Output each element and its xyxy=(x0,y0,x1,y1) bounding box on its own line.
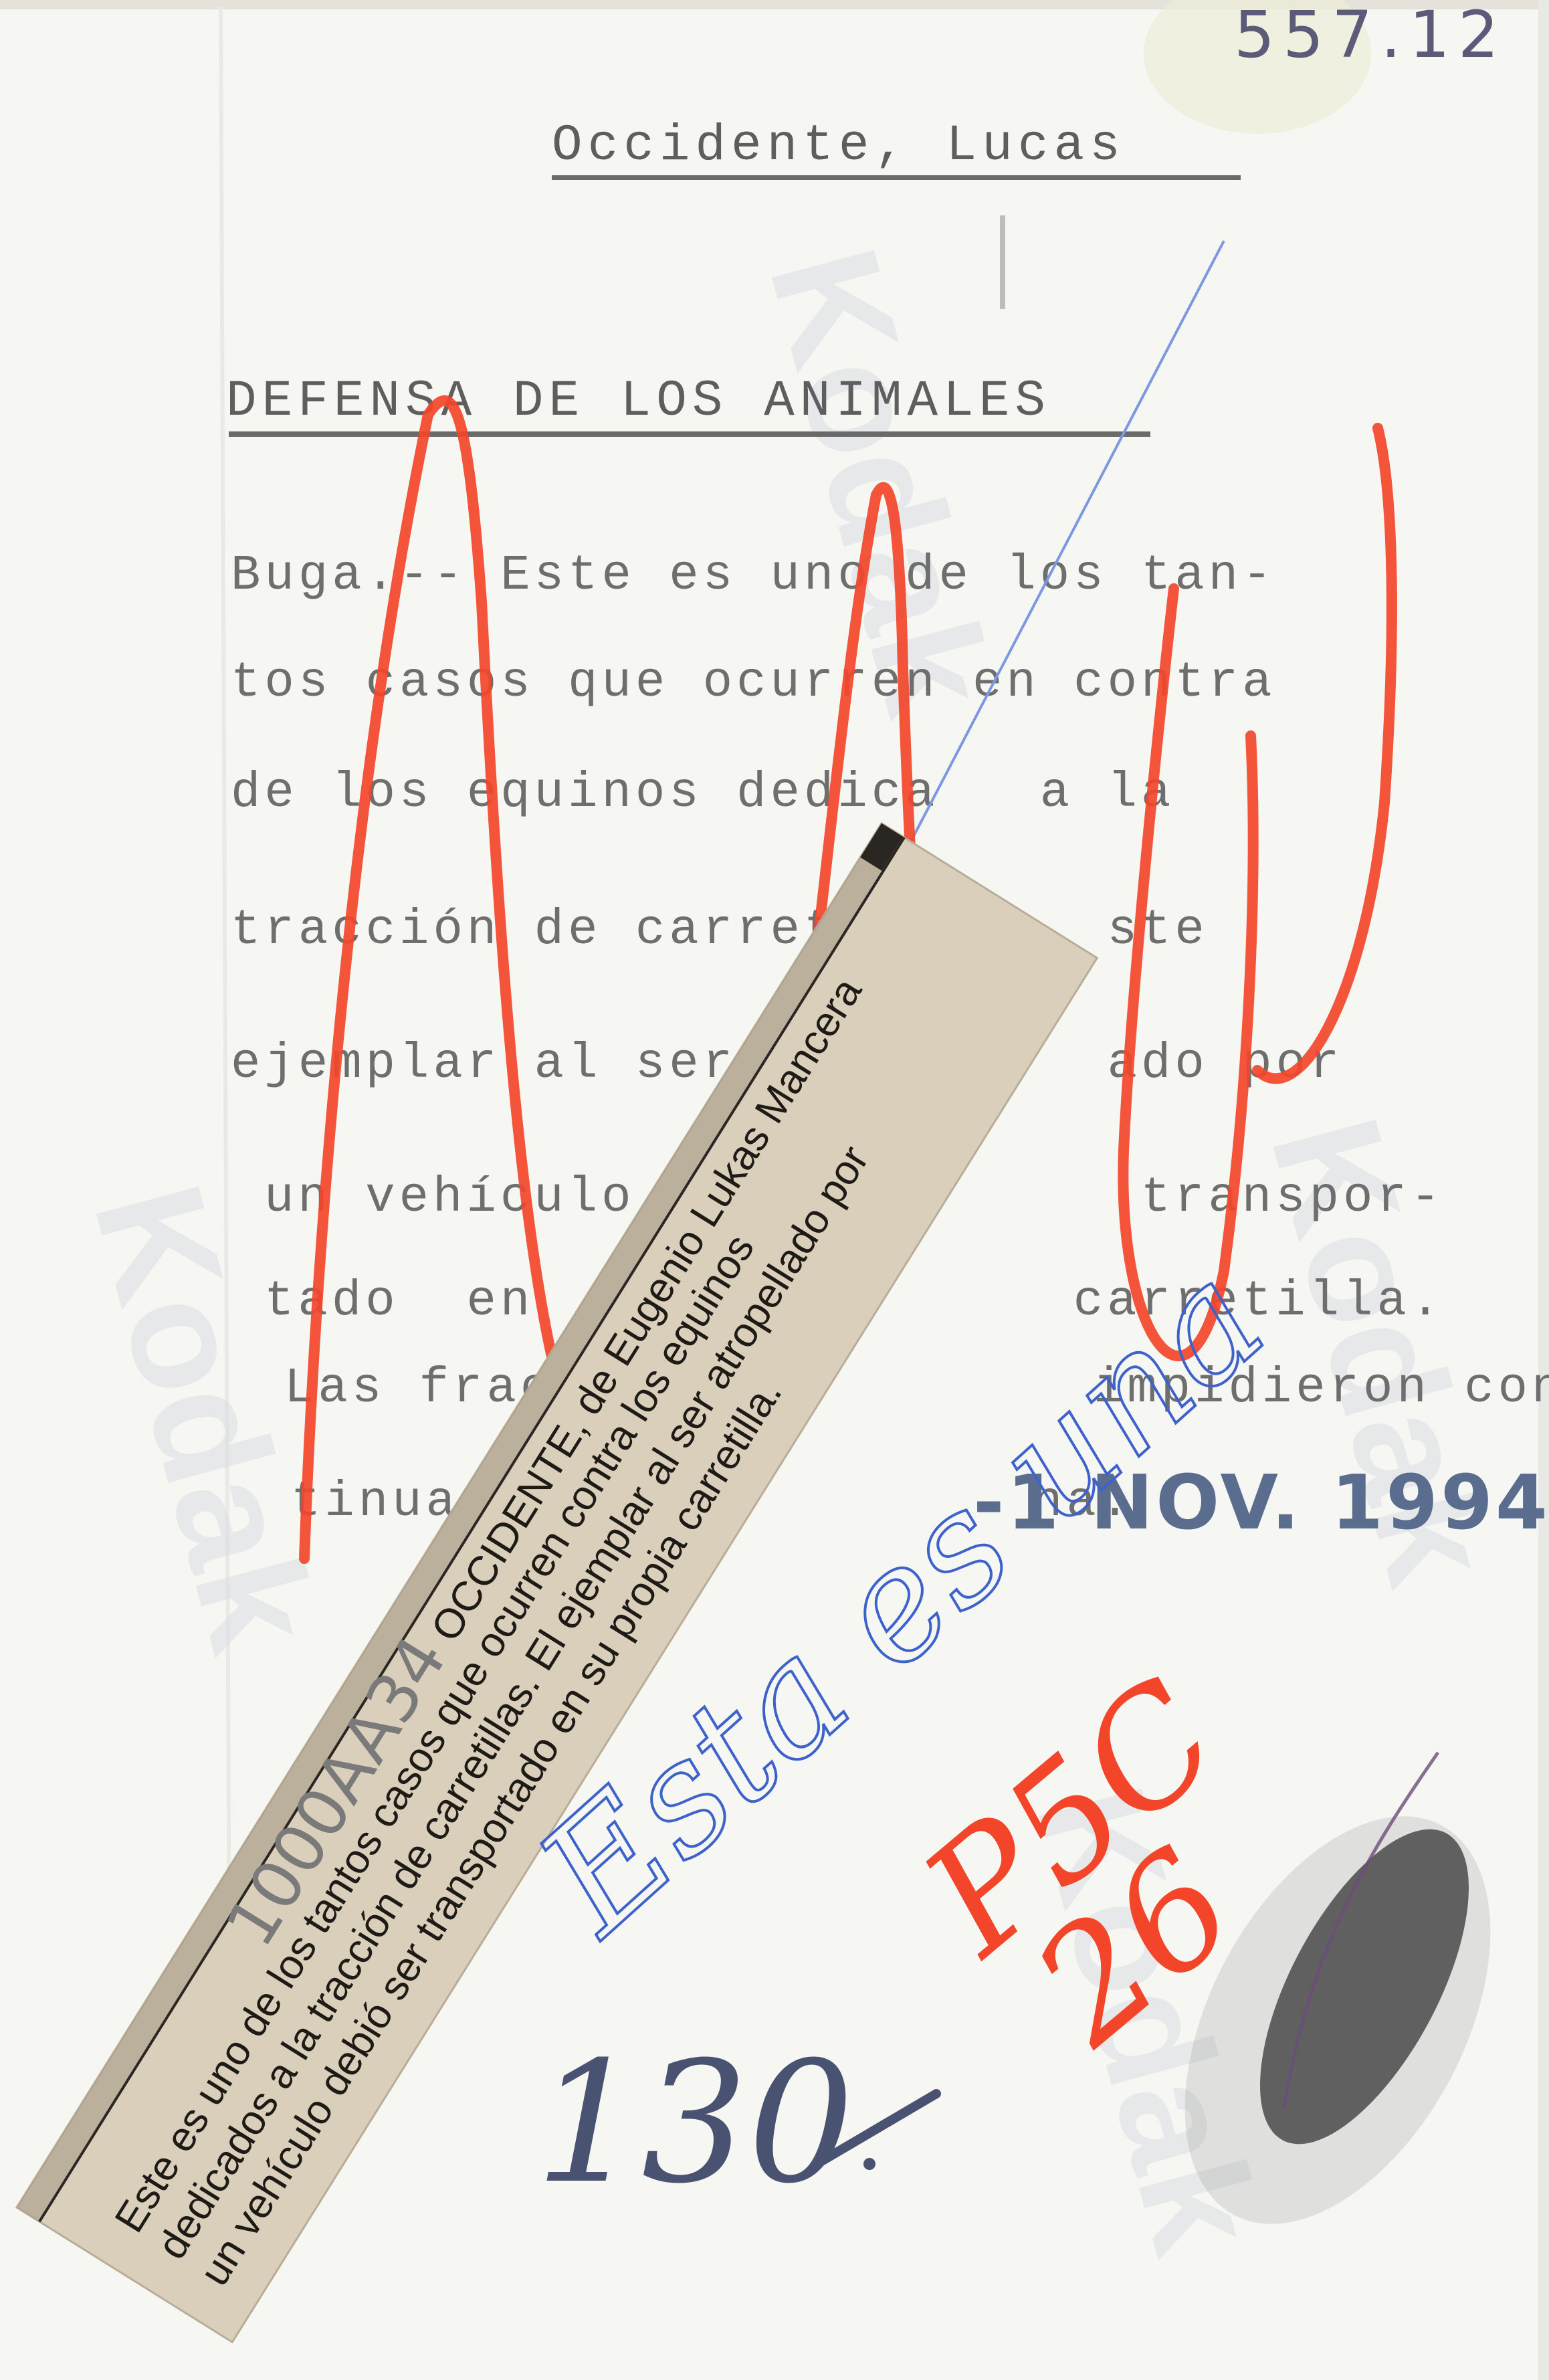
archive-number: 557.12 xyxy=(1234,0,1507,72)
document-scan: Kodak Kodak Kodak Kodak 557.12 Occidente… xyxy=(0,0,1549,2380)
pencil-number: 130 xyxy=(535,2025,854,2220)
caption-line: Las frac impidieron con xyxy=(284,1361,1549,1417)
source-underline xyxy=(552,175,1241,180)
title-underline xyxy=(229,431,1150,437)
dot-mark xyxy=(830,2101,842,2113)
caption-line: Buga.-- Este es uno de los tan- xyxy=(231,548,1276,604)
pencil-tick xyxy=(1000,215,1005,309)
right-edge xyxy=(1538,0,1549,2380)
story-title: DEFENSA DE LOS ANIMALES xyxy=(226,373,1051,430)
dot-mark xyxy=(863,2158,875,2170)
source-header: Occidente, Lucas xyxy=(552,117,1126,175)
